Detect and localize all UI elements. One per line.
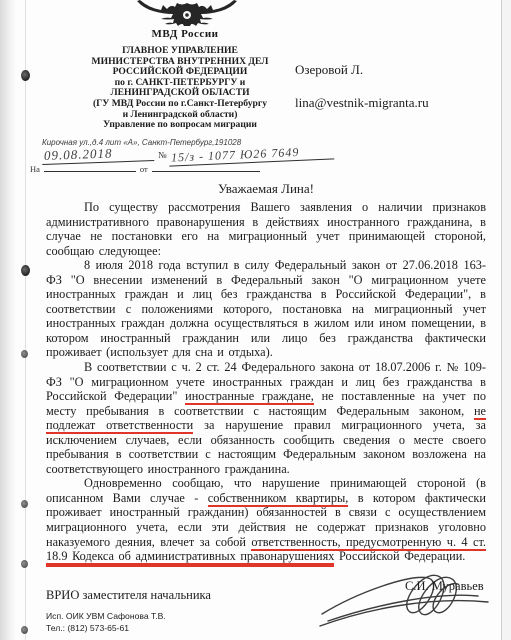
binding-hole: [21, 500, 28, 508]
department-line: Управление по вопросам миграции: [55, 120, 305, 131]
body-paragraph: Одновременно сообщаю, что нарушение прин…: [46, 476, 486, 563]
signer-name: С.И. Муравьев: [405, 579, 484, 594]
department-line: ГЛАВНОЕ УПРАВЛЕНИЕ: [55, 46, 305, 57]
binder-crease-line: [25, 0, 26, 640]
red-underlined-phrase: 18.9 Кодекса об административных правона…: [46, 549, 334, 567]
na-label: На: [30, 164, 40, 174]
body-paragraph: По существу рассмотрения Вашего заявлени…: [46, 200, 486, 258]
scan-edge-margin-right: [502, 0, 511, 640]
binding-hole: [21, 560, 28, 568]
date-number-row: 09.08.2018№15/з - 1077 Ю26 7649: [42, 146, 342, 163]
mvd-double-headed-eagle-icon: [137, 0, 237, 27]
number-label: №: [158, 150, 167, 160]
body-paragraph: 8 июля 2018 года вступил в силу Федераль…: [46, 258, 486, 360]
scan-edge-shadow-left: [0, 0, 16, 640]
agency-name: МВД России: [0, 28, 370, 40]
reply-reference-row: Наот: [30, 163, 260, 174]
recipient-name: Озеровой Л.: [295, 62, 429, 78]
executor-line: Исп. ОИК УВМ Сафонова Т.В.: [46, 611, 166, 623]
body-paragraph: В соответствии с ч. 2 ст. 24 Федеральног…: [46, 360, 486, 476]
footer-block: Исп. ОИК УВМ Сафонова Т.В. Тел.: (812) 5…: [46, 611, 166, 634]
recipient-email: lina@vestnik-migranta.ru: [295, 95, 429, 111]
recipient-block: Озеровой Л. lina@vestnik-migranta.ru: [295, 62, 429, 111]
binding-hole: [21, 626, 28, 634]
ot-label: от: [140, 164, 148, 174]
binding-hole: [21, 265, 30, 276]
blank-line: [152, 163, 260, 172]
scanned-letter-page: МВД России ГЛАВНОЕ УПРАВЛЕНИЕ МИНИСТЕРСТ…: [0, 0, 511, 640]
blank-line: [44, 163, 136, 172]
binding-hole: [21, 70, 30, 81]
body-paragraphs: По существу рассмотрения Вашего заявлени…: [46, 200, 486, 564]
handwritten-date: 09.08.2018: [42, 144, 155, 165]
signer-position-title: ВРИО заместителя начальника: [46, 588, 211, 603]
department-line: (ГУ МВД России по г.Санкт-Петербургу: [55, 99, 305, 110]
binding-hole: [21, 350, 28, 358]
phone-line: Тел.: (812) 573-65-61: [46, 623, 166, 635]
department-block: ГЛАВНОЕ УПРАВЛЕНИЕ МИНИСТЕРСТВА ВНУТРЕНН…: [55, 46, 305, 131]
handwritten-signature-icon: [318, 566, 498, 636]
salutation: Уважаемая Лина!: [46, 181, 486, 197]
